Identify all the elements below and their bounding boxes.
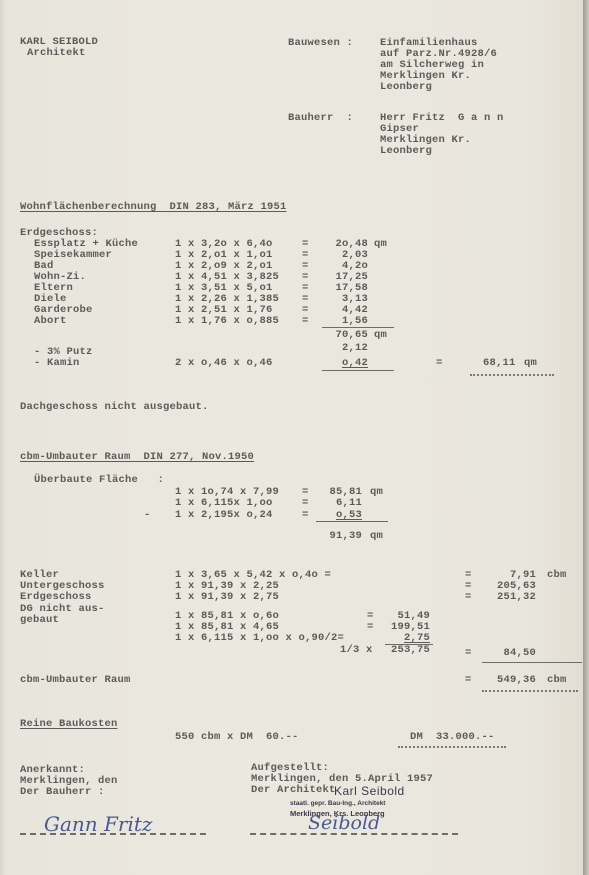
bauwesen-line: auf Parz.Nr.4928/6 xyxy=(380,49,497,60)
room-value: 3,13 xyxy=(326,294,368,305)
room-eq: = xyxy=(302,250,309,261)
volume-total-eq: = xyxy=(465,675,472,686)
flaeche-formula: 1 x 6,115x 1,oo xyxy=(175,498,273,509)
room-eq: = xyxy=(302,316,309,327)
subtotal-rule xyxy=(322,327,394,328)
aufgestellt-line: Der Architekt xyxy=(251,785,336,796)
room-name: Garderobe xyxy=(34,305,93,316)
bauherr-line: Gipser xyxy=(380,124,419,135)
dg-fraction: 1/3 x xyxy=(340,645,373,656)
bauwesen-line: Merklingen Kr. xyxy=(380,71,471,82)
room-formula: 1 x 2,26 x 1,385 xyxy=(175,294,279,305)
room-formula: 1 x 2,o9 x 2,o1 xyxy=(175,261,273,272)
room-name: Abort xyxy=(34,316,67,327)
room-value: 17,25 xyxy=(326,272,368,283)
bauwesen-line: am Silcherweg in xyxy=(380,60,484,71)
volume-total-value: 549,36 xyxy=(490,675,536,686)
room-formula: 1 x 3,51 x 5,o1 xyxy=(175,283,273,294)
flaeche-total: 91,39 xyxy=(320,531,362,542)
flaeche-value: 6,11 xyxy=(320,498,362,509)
baukosten-title: Reine Baukosten xyxy=(20,719,118,730)
dachgeschoss-note: Dachgeschoss nicht ausgebaut. xyxy=(20,402,209,413)
volume-value: 205,63 xyxy=(490,581,536,592)
volume-total-double-rule xyxy=(482,690,578,696)
anerkannt-line: Der Bauherr : xyxy=(20,787,105,798)
flaeche-eq: = xyxy=(302,510,309,521)
volume-eq: = xyxy=(465,592,472,603)
architect-name: KARL SEIBOLD xyxy=(20,37,98,48)
dg-value: 51,49 xyxy=(384,611,430,622)
flaeche-value: o,53 xyxy=(320,510,362,521)
room-value: 2,03 xyxy=(326,250,368,261)
dg-value: 2,75 xyxy=(384,633,430,644)
deduction-formula: 2 x o,46 x o,46 xyxy=(175,358,273,369)
total-unit: qm xyxy=(524,358,537,369)
dg-label: gebaut xyxy=(20,615,59,626)
dg-eq: = xyxy=(367,611,374,622)
room-formula: 1 x 2,o1 x 1,o1 xyxy=(175,250,273,261)
anerkannt-line: Anerkannt: xyxy=(20,765,85,776)
room-name: Diele xyxy=(34,294,67,305)
dg-result-eq: = xyxy=(465,648,472,659)
floor-label: Erdgeschoss: xyxy=(20,228,98,239)
total-eq: = xyxy=(436,358,443,369)
volume-formula: 1 x 91,39 x 2,25 xyxy=(175,581,279,592)
dg-formula: 1 x 6,115 x 1,oo x o,90/2= xyxy=(175,633,344,644)
room-unit: qm xyxy=(374,239,387,250)
flaeche-rule xyxy=(316,521,388,522)
volume-label: Untergeschoss xyxy=(20,581,105,592)
bauherr-line: Herr Fritz G a n n xyxy=(380,113,504,124)
volume-eq: = xyxy=(465,581,472,592)
dg-label: DG nicht aus- xyxy=(20,604,105,615)
room-eq: = xyxy=(302,239,309,250)
volume-label: Erdgeschoss xyxy=(20,592,92,603)
flaeche-formula: 1 x 1o,74 x 7,99 xyxy=(175,487,279,498)
volume-total-label: cbm-Umbauter Raum xyxy=(20,675,131,686)
baukosten-double-rule xyxy=(398,746,506,752)
dg-formula: 1 x 85,81 x o,6o xyxy=(175,611,279,622)
deduction-value: 2,12 xyxy=(326,343,368,354)
stamp-name: Karl Seibold xyxy=(334,784,405,798)
flaeche-total-unit: qm xyxy=(370,531,383,542)
dg-formula: 1 x 85,81 x 4,65 xyxy=(175,622,279,633)
volume-total-rule xyxy=(482,662,582,663)
bauherr-label: Bauherr : xyxy=(288,113,353,124)
flaeche-unit: qm xyxy=(370,487,383,498)
aufgestellt-line: Aufgestellt: xyxy=(251,763,329,774)
room-eq: = xyxy=(302,283,309,294)
room-name: Speisekammer xyxy=(34,250,112,261)
total-double-rule xyxy=(470,374,554,380)
architect-signature: Seibold xyxy=(308,812,380,834)
architect-signature-line xyxy=(250,833,458,835)
volume-unit: cbm xyxy=(547,570,567,581)
dg-result: 84,50 xyxy=(490,648,536,659)
room-formula: 1 x 4,51 x 3,825 xyxy=(175,272,279,283)
room-eq: = xyxy=(302,294,309,305)
room-name: Bad xyxy=(34,261,54,272)
room-value: 17,58 xyxy=(326,283,368,294)
room-name: Essplatz + Küche xyxy=(34,239,138,250)
bauwesen-line: Einfamilienhaus xyxy=(380,38,478,49)
bauherr-signature-line xyxy=(20,833,206,835)
subtotal-value: 70,65 xyxy=(326,330,368,341)
volume-label: Keller xyxy=(20,570,59,581)
bauherr-line: Merklingen Kr. xyxy=(380,135,471,146)
architect-title: Architekt xyxy=(27,48,86,59)
dg-value: 199,51 xyxy=(384,622,430,633)
room-value: 1,56 xyxy=(326,316,368,327)
flaeche-formula: 1 x 2,195x o,24 xyxy=(175,510,273,521)
bauwesen-label: Bauwesen : xyxy=(288,38,353,49)
dg-sum: 253,75 xyxy=(384,645,430,656)
aufgestellt-line: Merklingen, den 5.April 1957 xyxy=(251,774,433,785)
bauwesen-line: Leonberg xyxy=(380,82,432,93)
room-formula: 1 x 2,51 x 1,76 xyxy=(175,305,273,316)
total-value: 68,11 xyxy=(483,358,516,369)
flaeche-eq: = xyxy=(302,498,309,509)
flaeche-value: 85,81 xyxy=(320,487,362,498)
dg-eq: = xyxy=(367,622,374,633)
flaeche-label: Überbaute Fläche : xyxy=(34,475,164,486)
flaeche-sign: - xyxy=(144,510,151,521)
volume-eq: = xyxy=(465,570,472,581)
room-formula: 1 x 1,76 x o,885 xyxy=(175,316,279,327)
volume-formula: 1 x 3,65 x 5,42 x o,4o = xyxy=(175,570,331,581)
stamp-line: staatl. gepr. Bau-Ing., Architekt xyxy=(290,800,385,807)
room-value: 4,2o xyxy=(326,261,368,272)
volume-value: 251,32 xyxy=(490,592,536,603)
deduction-label: - 3% Putz xyxy=(34,347,93,358)
subtotal-unit: qm xyxy=(374,330,387,341)
room-eq: = xyxy=(302,261,309,272)
volume-value: 7,91 xyxy=(490,570,536,581)
room-eq: = xyxy=(302,305,309,316)
anerkannt-line: Merklingen, den xyxy=(20,776,118,787)
volume-formula: 1 x 91,39 x 2,75 xyxy=(175,592,279,603)
section-title-umbauter-raum: cbm-Umbauter Raum DIN 277, Nov.1950 xyxy=(20,452,254,463)
volume-total-unit: cbm xyxy=(547,675,567,686)
deduction-label: - Kamin xyxy=(34,358,80,369)
room-value: 2o,48 xyxy=(326,239,368,250)
deduction-value: o,42 xyxy=(326,358,368,369)
page-edge-shadow xyxy=(583,0,589,875)
baukosten-result: DM 33.000.-- xyxy=(410,732,495,743)
bauherr-line: Leonberg xyxy=(380,146,432,157)
room-name: Eltern xyxy=(34,283,73,294)
deduction-rule xyxy=(322,370,394,371)
baukosten-calc: 550 cbm x DM 60.-- xyxy=(175,732,299,743)
section-title-wohnflaeche: Wohnflächenberechnung DIN 283, März 1951 xyxy=(20,202,287,213)
room-value: 4,42 xyxy=(326,305,368,316)
room-name: Wohn-Zi. xyxy=(34,272,86,283)
room-eq: = xyxy=(302,272,309,283)
flaeche-eq: = xyxy=(302,487,309,498)
document-page: KARL SEIBOLD Architekt Bauwesen : Einfam… xyxy=(0,0,583,875)
room-formula: 1 x 3,2o x 6,4o xyxy=(175,239,273,250)
